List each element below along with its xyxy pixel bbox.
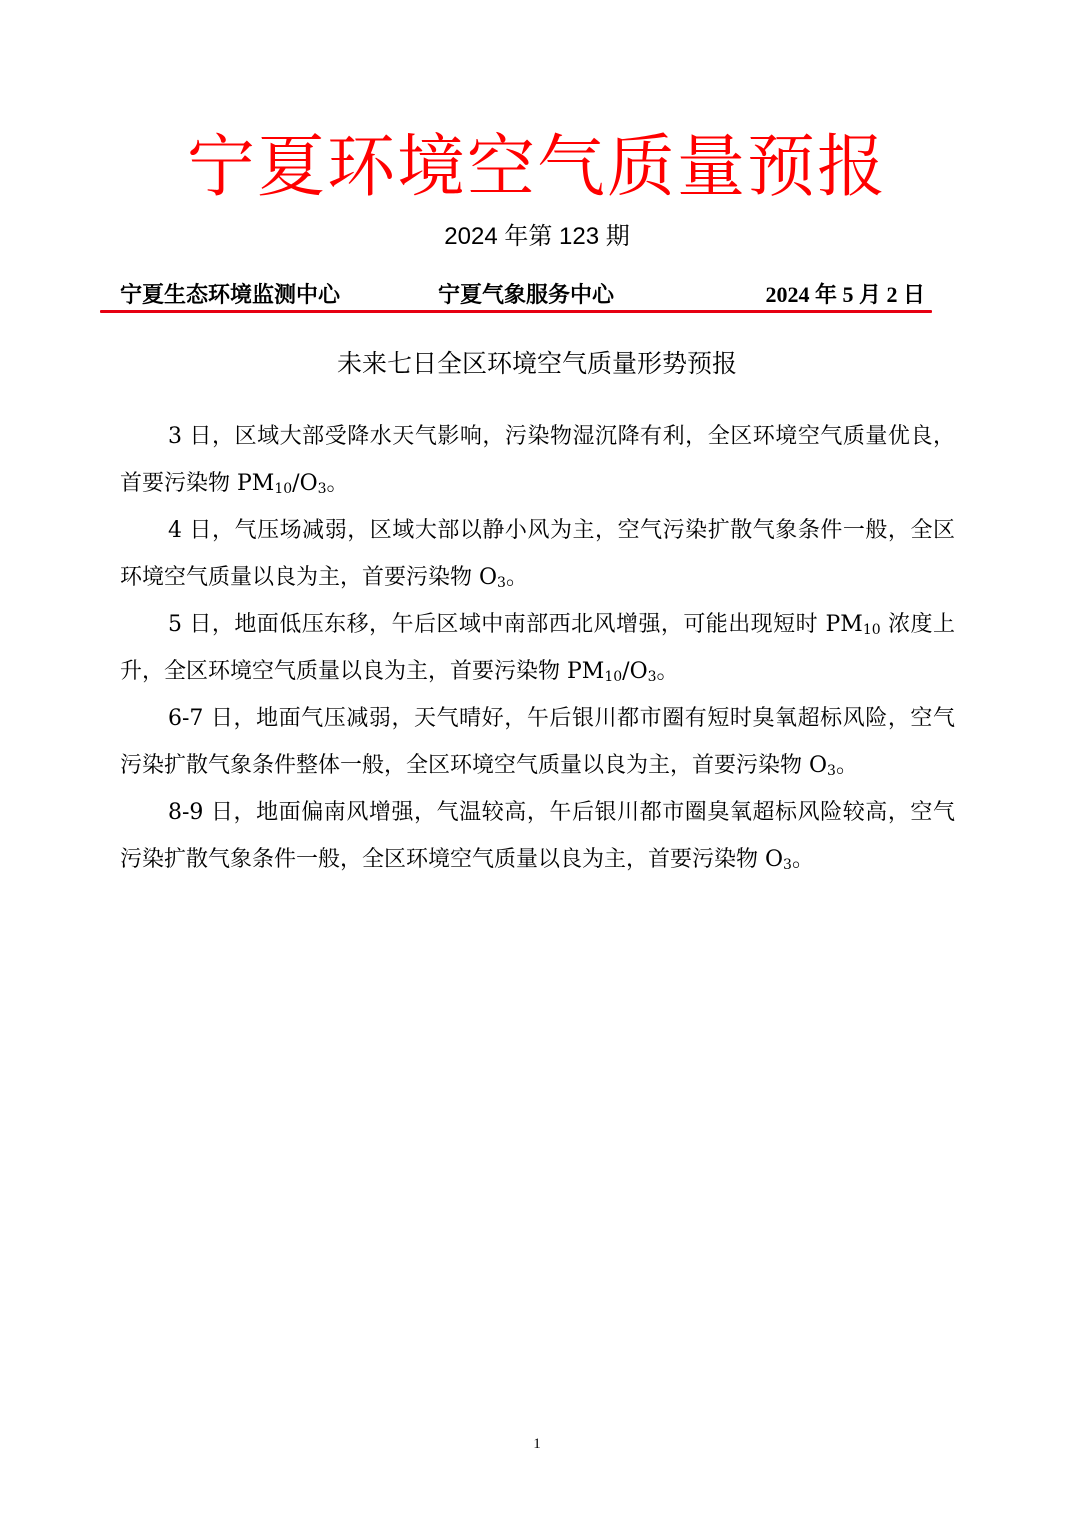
forecast-body: 3 日，区域大部受降水天气影响，污染物湿沉降有利，全区环境空气质量优良，首要污染… — [120, 413, 955, 883]
red-divider — [100, 310, 932, 313]
publisher-monitoring-center: 宁夏生态环境监测中心 — [120, 278, 340, 312]
page-number: 1 — [0, 1436, 1074, 1453]
publisher-row: 宁夏生态环境监测中心 宁夏气象服务中心 2024 年 5 月 2 日 — [120, 278, 925, 312]
forecast-paragraph-day4: 4 日，气压场减弱，区域大部以静小风为主，空气污染扩散气象条件一般，全区环境空气… — [120, 507, 955, 601]
publish-date: 2024 年 5 月 2 日 — [765, 278, 925, 312]
forecast-paragraph-day8-9: 8-9 日，地面偏南风增强，气温较高，午后银川都市圈臭氧超标风险较高，空气污染扩… — [120, 789, 955, 883]
issue-number: 2024 年第 123 期 — [0, 220, 1074, 254]
forecast-paragraph-day3: 3 日，区域大部受降水天气影响，污染物湿沉降有利，全区环境空气质量优良，首要污染… — [120, 413, 955, 507]
masthead-title: 宁夏环境空气质量预报 — [0, 128, 1074, 208]
publisher-meteorological-center: 宁夏气象服务中心 — [438, 278, 614, 312]
section-heading: 未来七日全区环境空气质量形势预报 — [0, 345, 1074, 383]
forecast-paragraph-day6-7: 6-7 日，地面气压减弱，天气晴好，午后银川都市圈有短时臭氧超标风险，空气污染扩… — [120, 695, 955, 789]
document-page: 宁夏环境空气质量预报 2024 年第 123 期 宁夏生态环境监测中心 宁夏气象… — [0, 0, 1074, 1520]
forecast-paragraph-day5: 5 日，地面低压东移，午后区域中南部西北风增强，可能出现短时 PM10 浓度上升… — [120, 601, 955, 695]
